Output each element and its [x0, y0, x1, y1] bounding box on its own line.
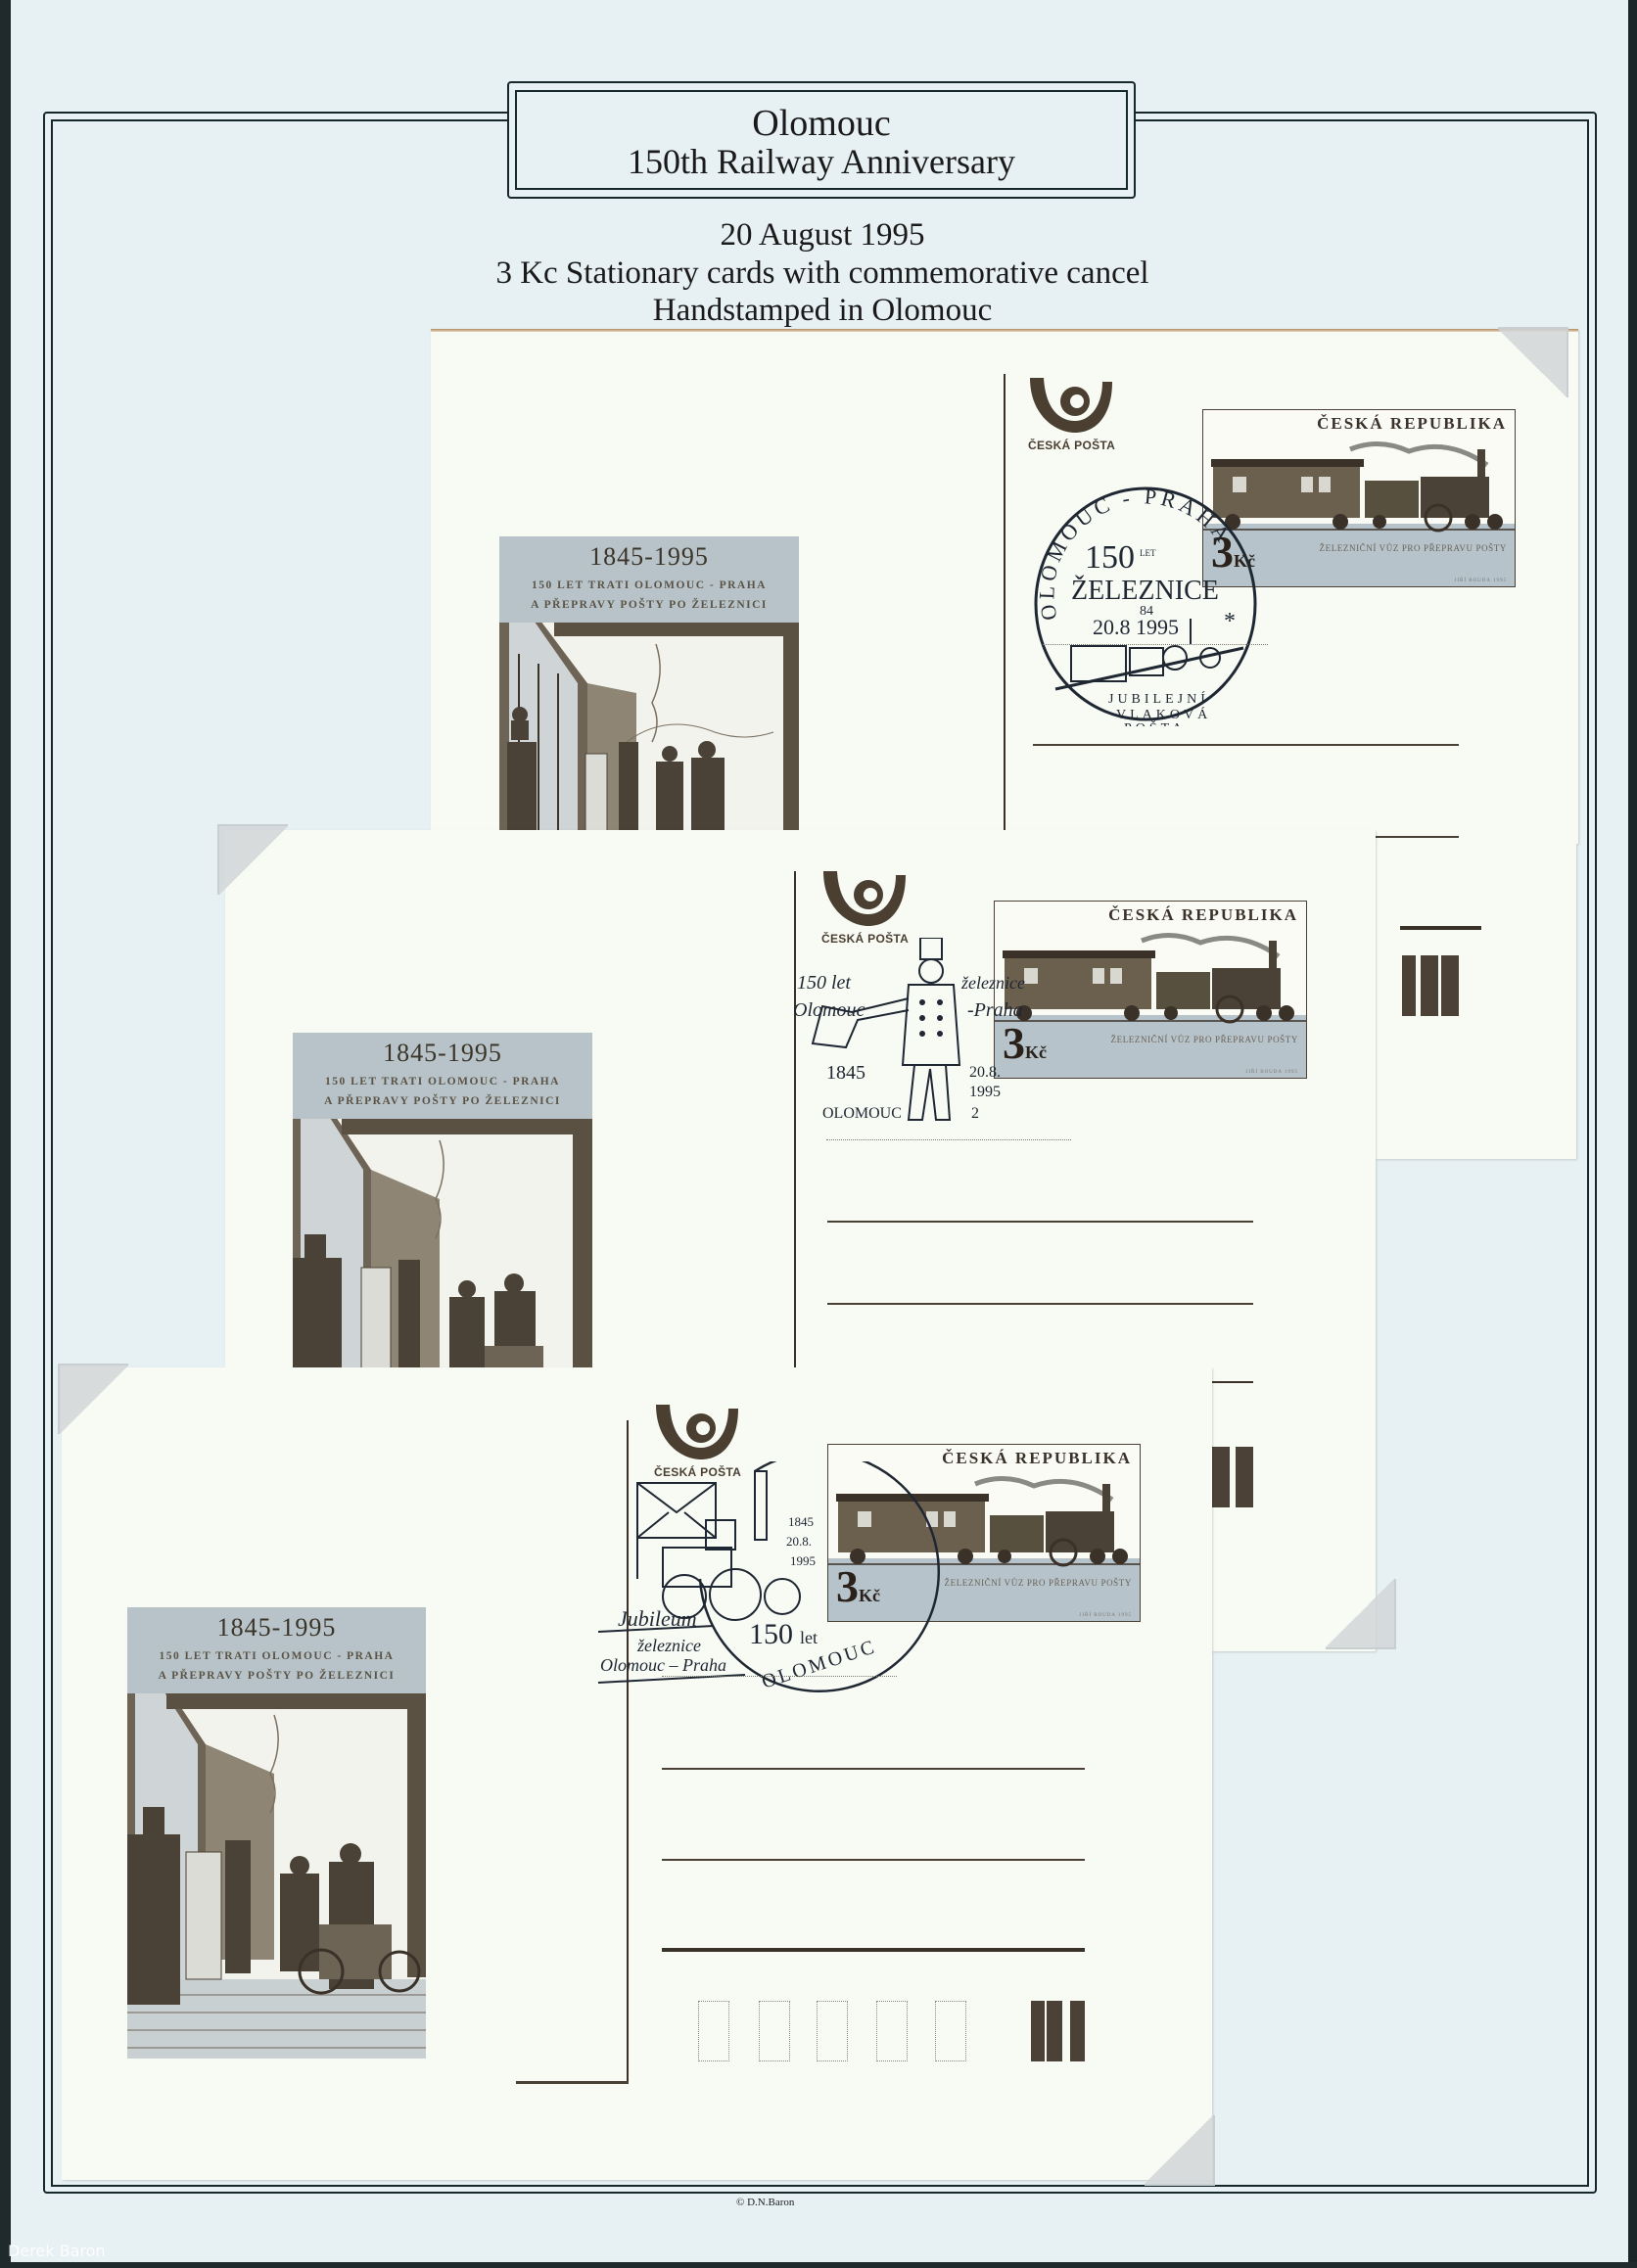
cancel-script-2b: -Praha [967, 999, 1023, 1021]
locomotive-pictorial-cancel: Jubileum železnice Olomouc – Praha 150 l… [598, 1461, 951, 1696]
barcode-bar [1402, 955, 1416, 1016]
cancel-date-top: 1845 [788, 1514, 814, 1529]
photo-corner [1498, 327, 1568, 397]
postcode-box-2[interactable] [759, 2001, 790, 2061]
postal-card-2-lower [1212, 1383, 1376, 1651]
barcode-bar [1031, 2001, 1045, 2061]
panel-header: 1845-1995 150 LET TRATI OLOMOUC - PRAHA … [293, 1033, 592, 1119]
cancel-star: * [1224, 609, 1236, 634]
fine-print [1043, 644, 1268, 647]
stamp-artist: JIŘÍ BOUDA 1995 [1079, 1613, 1132, 1618]
cancel-bottom-1: JUBILEJNÍ [1108, 690, 1209, 707]
cancel-date-bottom: 1995 [790, 1553, 816, 1568]
divider-foot [516, 2081, 629, 2084]
barcode-bar [1047, 2001, 1062, 2061]
photo-corner [217, 824, 288, 895]
cancel-bottom-3: POŠTA [1124, 719, 1186, 726]
address-line-3 [662, 1948, 1085, 1952]
photo-corner [58, 1364, 128, 1434]
scan-edge-left [0, 0, 11, 2268]
barcode-bar [1070, 2001, 1085, 2061]
panel-caption-line1: 150 LET TRATI OLOMOUC - PRAHA [293, 1076, 592, 1088]
title-box: Olomouc 150th Railway Anniversary [507, 81, 1136, 199]
copyright-notice: © D.N.Baron [736, 2197, 794, 2208]
cancel-anniv-suffix: let [800, 1628, 818, 1647]
address-line-3-end [1400, 926, 1481, 930]
cancel-date: 20.8 1995 [1093, 615, 1179, 639]
barcode-bar [1421, 955, 1438, 1016]
cancel-year: 1845 [826, 1062, 865, 1084]
postal-card-1: 1845-1995 150 LET TRATI OLOMOUC - PRAHA … [431, 329, 1578, 844]
scan-edge-right [1628, 0, 1637, 2268]
page-subtitle: 150th Railway Anniversary [517, 141, 1126, 182]
title-box-inner: Olomouc 150th Railway Anniversary [515, 90, 1128, 190]
fine-print [826, 1139, 1071, 1142]
postal-card-3: 1845-1995 150 LET TRATI OLOMOUC - PRAHA … [62, 1367, 1212, 2180]
cancel-date-mid: 20.8. [786, 1534, 812, 1549]
card-divider [1004, 374, 1006, 844]
panel-years: 1845-1995 [127, 1613, 426, 1643]
watermark: Derek Baron [8, 2242, 106, 2260]
post-logo-label: ČESKÁ POŠTA [1028, 439, 1115, 452]
barcode-bar [1212, 1447, 1230, 1507]
stamp-caption: ŽELEZNIČNÍ VŮZ PRO PŘEPRAVU POŠTY [1320, 543, 1508, 553]
barcode-bar [1441, 955, 1459, 1016]
cancel-date-top: 20.8. [969, 1064, 1001, 1081]
cancel-script-2: železnice [636, 1636, 701, 1655]
cancel-script-3: Olomouc – Praha [600, 1655, 726, 1675]
stamp-country: ČESKÁ REPUBLIKA [1317, 414, 1507, 434]
panel-caption-line1: 150 LET TRATI OLOMOUC - PRAHA [499, 579, 799, 591]
barcode-bar [1236, 1447, 1253, 1507]
panel-years: 1845-1995 [499, 542, 799, 572]
cancel-railway: ŽELEZNICE [1071, 576, 1219, 606]
issue-date: 20 August 1995 [294, 217, 1351, 254]
panel-caption-line1: 150 LET TRATI OLOMOUC - PRAHA [127, 1650, 426, 1662]
cancel-script-2: Olomouc [793, 999, 865, 1021]
address-line-1 [662, 1768, 1085, 1770]
postcode-box-1[interactable] [698, 2001, 729, 2061]
cancel-script-1b: železnice [960, 973, 1025, 993]
post-horn-icon [1026, 376, 1114, 435]
panel-caption-line2: A PŘEPRAVY POŠTY PO ŽELEZNICI [127, 1670, 426, 1682]
post-horn-icon [819, 869, 908, 928]
address-line-2 [827, 1303, 1253, 1305]
address-line-1 [1033, 744, 1459, 746]
stamp-caption: ŽELEZNIČNÍ VŮZ PRO PŘEPRAVU POŠTY [945, 1578, 1133, 1588]
postcode-box-4[interactable] [876, 2001, 908, 2061]
illustration-panel: 1845-1995 150 LET TRATI OLOMOUC - PRAHA … [293, 1033, 592, 1383]
postcode-box-3[interactable] [817, 2001, 848, 2061]
panel-header: 1845-1995 150 LET TRATI OLOMOUC - PRAHA … [127, 1607, 426, 1693]
panel-caption-line2: A PŘEPRAVY POŠTY PO ŽELEZNICI [499, 599, 799, 611]
cancel-date-bottom: 1995 [969, 1084, 1001, 1100]
photo-corner [1326, 1579, 1396, 1649]
stamp-artist: JIŘÍ BOUDA 1995 [1245, 1070, 1298, 1075]
circular-cancel: OLOMOUC - PRAHA 150 LET ŽELEZNICE 84 20.… [1018, 472, 1273, 726]
illustration-panel: 1845-1995 150 LET TRATI OLOMOUC - PRAHA … [127, 1607, 426, 2059]
page-title: Olomouc [517, 102, 1126, 145]
cancel-office-number: 2 [971, 1105, 979, 1122]
conductor-pictorial-cancel: 150 let železnice Olomouc -Praha 1845 20… [793, 938, 1106, 1134]
stamp-artist: JIŘÍ BOUDA 1995 [1454, 579, 1507, 583]
cancel-anniv: 150 [1085, 539, 1135, 576]
cancel-anniv: 150 [749, 1618, 793, 1650]
issue-place: Handstamped in Olomouc [294, 293, 1351, 329]
panel-years: 1845-1995 [293, 1039, 592, 1068]
address-line-2 [662, 1859, 1085, 1861]
post-horn-icon [652, 1403, 740, 1461]
address-line-1 [827, 1221, 1253, 1223]
postcode-box-5[interactable] [935, 2001, 966, 2061]
photo-corner [1145, 2115, 1215, 2186]
scan-edge-bottom [0, 2262, 1637, 2268]
illustration-panel: 1845-1995 150 LET TRATI OLOMOUC - PRAHA … [499, 536, 799, 844]
stamp-caption: ŽELEZNIČNÍ VŮZ PRO PŘEPRAVU POŠTY [1111, 1035, 1299, 1044]
fine-print [662, 1676, 897, 1679]
postal-card-2: 1845-1995 150 LET TRATI OLOMOUC - PRAHA … [225, 830, 1376, 1383]
card-top-edge [431, 329, 1578, 332]
cancel-script-1: 150 let [797, 972, 851, 994]
cancel-place: OLOMOUC [822, 1105, 902, 1122]
issue-description: 3 Kc Stationary cards with commemorative… [294, 255, 1351, 292]
postal-card-1-lower [1376, 844, 1576, 1159]
panel-header: 1845-1995 150 LET TRATI OLOMOUC - PRAHA … [499, 536, 799, 623]
cancel-anniv-suffix: LET [1140, 548, 1156, 558]
stamp-country: ČESKÁ REPUBLIKA [1108, 905, 1298, 925]
panel-caption-line2: A PŘEPRAVY POŠTY PO ŽELEZNICI [293, 1095, 592, 1107]
stamp-country: ČESKÁ REPUBLIKA [942, 1449, 1132, 1468]
cancel-bottom-2: VLAKOVÁ [1116, 706, 1211, 722]
